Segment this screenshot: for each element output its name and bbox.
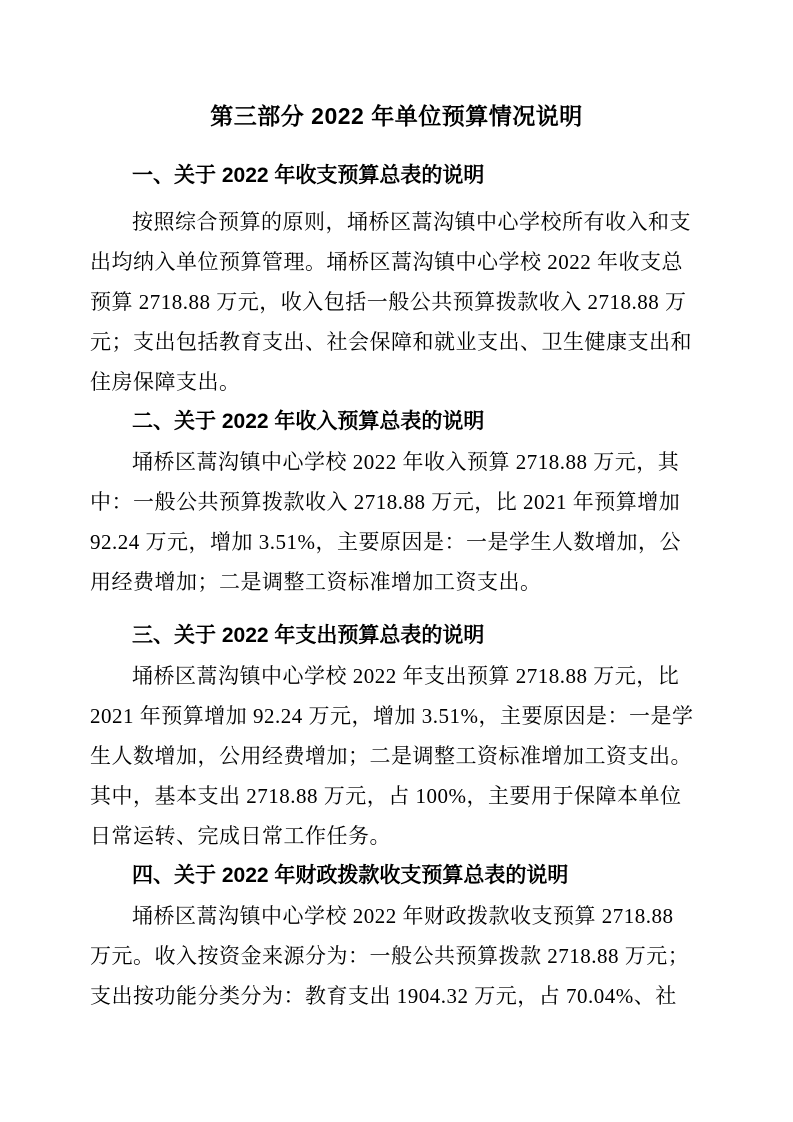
section-4-paragraph: 埇桥区蒿沟镇中心学校 2022 年财政拨款收支预算 2718.88 万元。收入按… (90, 896, 703, 1016)
paragraph-line: 埇桥区蒿沟镇中心学校 2022 年财政拨款收支预算 2718.88 (90, 896, 703, 936)
section-2-paragraph: 埇桥区蒿沟镇中心学校 2022 年收入预算 2718.88 万元，其 中：一般公… (90, 442, 703, 602)
document-page: 第三部分 2022 年单位预算情况说明 一、关于 2022 年收支预算总表的说明… (0, 0, 793, 1122)
section-3-heading: 三、关于 2022 年支出预算总表的说明 (90, 616, 703, 656)
document-content: 第三部分 2022 年单位预算情况说明 一、关于 2022 年收支预算总表的说明… (0, 0, 793, 1016)
section-2-heading: 二、关于 2022 年收入预算总表的说明 (90, 402, 703, 442)
paragraph-line: 生人数增加，公用经费增加；二是调整工资标准增加工资支出。 (90, 736, 703, 776)
paragraph-line: 日常运转、完成日常工作任务。 (90, 816, 703, 856)
paragraph-line: 支出按功能分类分为：教育支出 1904.32 万元，占 70.04%、社 (90, 976, 703, 1016)
section-3-paragraph: 埇桥区蒿沟镇中心学校 2022 年支出预算 2718.88 万元，比 2021 … (90, 656, 703, 856)
paragraph-line: 埇桥区蒿沟镇中心学校 2022 年支出预算 2718.88 万元，比 (90, 656, 703, 696)
paragraph-line: 92.24 万元，增加 3.51%，主要原因是：一是学生人数增加，公 (90, 522, 703, 562)
paragraph-line: 万元。收入按资金来源分为：一般公共预算拨款 2718.88 万元； (90, 936, 703, 976)
section-4-heading: 四、关于 2022 年财政拨款收支预算总表的说明 (90, 856, 703, 896)
paragraph-line: 埇桥区蒿沟镇中心学校 2022 年收入预算 2718.88 万元，其 (90, 442, 703, 482)
paragraph-line: 住房保障支出。 (90, 362, 703, 402)
section-1-paragraph: 按照综合预算的原则，埇桥区蒿沟镇中心学校所有收入和支 出均纳入单位预算管理。埇桥… (90, 202, 703, 402)
paragraph-line: 按照综合预算的原则，埇桥区蒿沟镇中心学校所有收入和支 (90, 202, 703, 242)
paragraph-line: 预算 2718.88 万元，收入包括一般公共预算拨款收入 2718.88 万 (90, 282, 703, 322)
paragraph-line: 出均纳入单位预算管理。埇桥区蒿沟镇中心学校 2022 年收支总 (90, 242, 703, 282)
paragraph-line: 元；支出包括教育支出、社会保障和就业支出、卫生健康支出和 (90, 322, 703, 362)
paragraph-line: 用经费增加；二是调整工资标准增加工资支出。 (90, 562, 703, 602)
paragraph-line: 其中，基本支出 2718.88 万元，占 100%，主要用于保障本单位 (90, 776, 703, 816)
section-1-heading: 一、关于 2022 年收支预算总表的说明 (90, 156, 703, 196)
document-title: 第三部分 2022 年单位预算情况说明 (90, 92, 703, 140)
paragraph-line: 2021 年预算增加 92.24 万元，增加 3.51%，主要原因是：一是学 (90, 696, 703, 736)
paragraph-line: 中：一般公共预算拨款收入 2718.88 万元，比 2021 年预算增加 (90, 482, 703, 522)
